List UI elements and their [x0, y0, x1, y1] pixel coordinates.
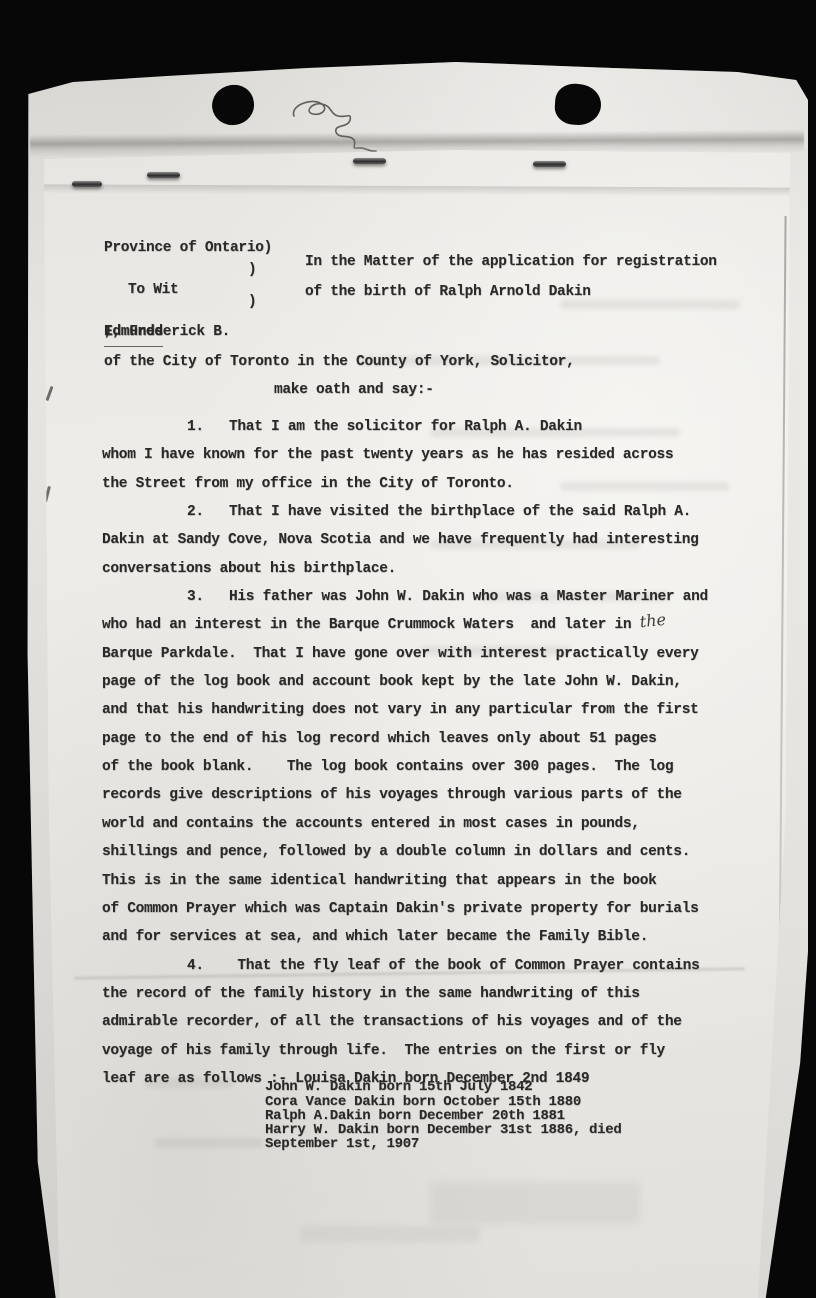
staple [353, 158, 386, 164]
body-line-text: and for services at sea, and which later… [102, 929, 648, 945]
body-line: Dakin at Sandy Cove, Nova Scotia and we … [102, 526, 770, 554]
deponent-address-line: of the City of Toronto in the County of … [104, 348, 574, 376]
body-line-text: of the book blank. The log book contains… [102, 759, 673, 775]
family-record-entry: Ralph A.Dakin born December 20th 1881 [265, 1109, 770, 1123]
body-line: page of the log book and account book ke… [102, 668, 770, 696]
punch-hole-right [554, 82, 603, 126]
front-sheet: Province of Ontario) To Wit ) ) In the M… [44, 150, 790, 1298]
body-line: whom I have known for the past twenty ye… [102, 441, 770, 469]
body-line: the Street from my office in the City of… [102, 470, 770, 498]
body-line: voyage of his family through life. The e… [102, 1037, 770, 1065]
jurisdiction-line: Province of Ontario) [104, 234, 272, 262]
oath-line: make oath and say:- [274, 376, 434, 404]
body-line: 3. His father was John W. Dakin who was … [102, 583, 770, 611]
body-line: records give descriptions of his voyages… [102, 781, 770, 809]
deponent-suffix: , [104, 318, 112, 346]
body-line-text: shillings and pence, followed by a doubl… [102, 844, 690, 860]
matter-title-line-1: In the Matter of the application for reg… [305, 248, 717, 276]
jurat-bracket: ) [248, 256, 256, 284]
body-line-text: admirable recorder, of all the transacti… [102, 1014, 682, 1030]
body-line-text: the record of the family history in the … [102, 986, 640, 1002]
body-line: shillings and pence, followed by a doubl… [102, 838, 770, 866]
staple [147, 172, 180, 178]
body-line-text: 3. His father was John W. Dakin who was … [187, 589, 708, 605]
family-record-entry: September 1st, 1907 [265, 1137, 770, 1151]
body-line-text: and that his handwriting does not vary i… [102, 702, 699, 718]
affidavit-body: 1. That I am the solicitor for Ralph A. … [102, 413, 770, 1152]
pen-tick [46, 386, 54, 401]
body-line-text: of Common Prayer which was Captain Dakin… [102, 901, 699, 917]
body-line-text: whom I have known for the past twenty ye… [102, 447, 673, 463]
body-line-text: Dakin at Sandy Cove, Nova Scotia and we … [102, 532, 699, 548]
body-line-text: Barque Parkdale. That I have gone over w… [102, 646, 699, 662]
staple [533, 161, 566, 167]
body-line: of the book blank. The log book contains… [102, 753, 770, 781]
body-line-text: page to the end of his log record which … [102, 731, 657, 747]
body-line-text: 2. That I have visited the birthplace of… [187, 504, 691, 520]
body-line-text: 4. That the fly leaf of the book of Comm… [187, 958, 700, 974]
body-line: and for services at sea, and which later… [102, 923, 770, 951]
punch-hole-left [209, 82, 256, 127]
body-line: Barque Parkdale. That I have gone over w… [102, 640, 770, 668]
bleed-through-smudge [300, 1226, 480, 1242]
family-record-entry: Cora Vance Dakin born October 15th 1880 [265, 1095, 770, 1109]
top-crease [44, 184, 790, 196]
affidavit-header: Province of Ontario) To Wit ) ) In the M… [102, 232, 770, 413]
body-line: who had an interest in the Barque Crummo… [102, 611, 770, 639]
family-record-entry: John W. Dakin born 15th July 1842 [265, 1080, 770, 1094]
handwritten-the: the [639, 612, 667, 631]
body-line: 1. That I am the solicitor for Ralph A. … [102, 413, 770, 441]
photo-background: Province of Ontario) To Wit ) ) In the M… [0, 0, 816, 1298]
body-line-text: This is in the same identical handwritin… [102, 873, 657, 889]
jurat-bracket: ) [248, 288, 256, 316]
body-line-text: who had an interest in the Barque Crummo… [102, 617, 640, 633]
document-text: Province of Ontario) To Wit ) ) In the M… [102, 232, 770, 1152]
body-line-text: page of the log book and account book ke… [102, 674, 682, 690]
body-line-text: records give descriptions of his voyages… [102, 787, 682, 803]
body-line: page to the end of his log record which … [102, 725, 770, 753]
body-line: world and contains the accounts entered … [102, 810, 770, 838]
body-line-text: 1. That I am the solicitor for Ralph A. … [187, 419, 582, 435]
bleed-through-smudge [430, 1182, 640, 1224]
body-line-text: voyage of his family through life. The e… [102, 1043, 665, 1059]
to-wit-label: To Wit [128, 276, 178, 304]
body-line: of Common Prayer which was Captain Dakin… [102, 895, 770, 923]
body-line: 2. That I have visited the birthplace of… [102, 498, 770, 526]
body-line-text: the Street from my office in the City of… [102, 476, 514, 492]
staple [72, 181, 102, 187]
body-line-text: conversations about his birthplace. [102, 561, 396, 577]
body-line: the record of the family history in the … [102, 980, 770, 1008]
body-line: and that his handwriting does not vary i… [102, 696, 770, 724]
body-line-text: world and contains the accounts entered … [102, 816, 640, 832]
body-line: This is in the same identical handwritin… [102, 867, 770, 895]
body-line: 4. That the fly leaf of the book of Comm… [102, 952, 770, 980]
deponent-name: Edmunds [104, 318, 163, 347]
body-line: conversations about his birthplace. [102, 555, 770, 583]
matter-title-line-2: of the birth of Ralph Arnold Dakin [305, 278, 591, 306]
body-line: admirable recorder, of all the transacti… [102, 1008, 770, 1036]
